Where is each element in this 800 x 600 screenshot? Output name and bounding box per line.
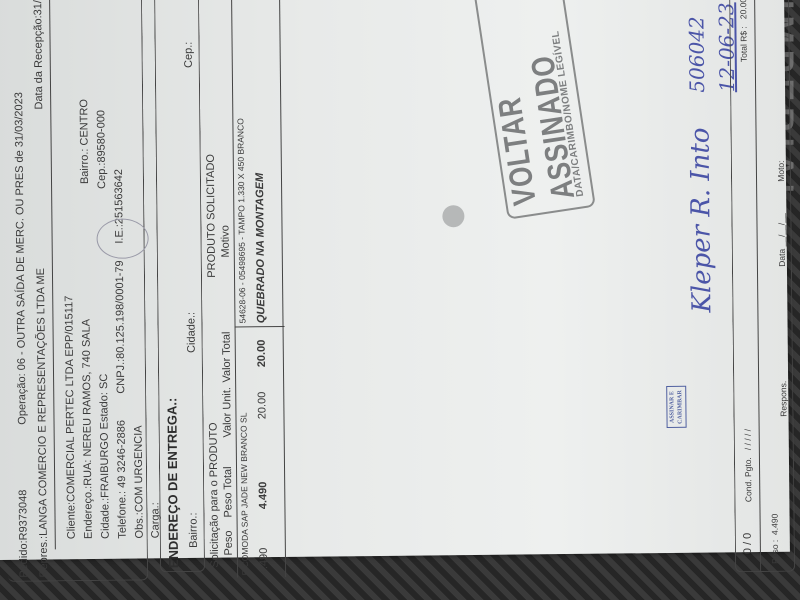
telefone: Telefone.: 49 3246-2886 — [116, 420, 129, 539]
cidade-estado: Cidade.:FRAIBURGO Estado: SC — [98, 374, 112, 539]
col-valor-unit: Valor Unit. — [221, 387, 234, 438]
cond-pgto: Cond. Pgto. / / / / / — [743, 429, 754, 502]
col-peso: Peso — [223, 530, 235, 555]
motivo: QUEBRADO NA MONTAGEM — [254, 173, 268, 323]
document-paper: Pedido:R9373048 Operação: 06 - OUTRA SAÍ… — [0, 0, 790, 560]
col-peso-total: Peso Total — [222, 466, 235, 517]
item-desc: E COMODA SAP JADE NEW BRANCO SL — [238, 413, 250, 576]
table-bottom — [279, 0, 286, 577]
respons: Respons. — [778, 381, 788, 417]
item-peso-total: 4.490 — [257, 482, 269, 510]
item-valor-total: 20.00 — [256, 340, 268, 368]
handwritten-number: 506042 — [684, 16, 709, 93]
footer-box — [729, 0, 795, 572]
col-valor-total: Valor Total — [221, 332, 234, 383]
cep: Cep.:89580-000 — [95, 110, 108, 189]
entrega-cep: Cep.: — [183, 42, 195, 68]
cliente: Cliente:COMERCIAL PERTEC LTDA EPP/015117 — [63, 296, 78, 540]
total: Total R$ : 20.00 — [738, 0, 749, 62]
stamp-main: VOLTAR ASSINADO — [476, 0, 583, 208]
solicitado-title: PRODUTO SOLICITADO — [205, 154, 218, 278]
document-content: Pedido:R9373048 Operação: 06 - OUTRA SAÍ… — [0, 0, 800, 590]
entrega-cidade: Cidade.: — [185, 312, 197, 353]
table-divider — [235, 326, 285, 328]
volumes: 0 / 0 — [742, 533, 754, 555]
voltar-assinado-stamp: VOLTAR ASSINADO DATA/CARIMBO/NOME LEGÍVE… — [473, 0, 595, 220]
data-recepcao: Data da Recepção:31/03/20 — [32, 0, 45, 110]
moto-field: Moto: — [776, 160, 786, 181]
peso: Peso : 4.490 — [770, 514, 781, 564]
item-peso: 4.490 — [258, 548, 270, 576]
handwritten-signature: Kleper R. Into — [685, 127, 717, 312]
solicitado-desc: 54628-06 - 05498695 - TAMPO 1.330 X 450 … — [235, 118, 247, 323]
solicitacao-title: Solicitação para o PRODUTO — [208, 422, 222, 567]
data-field: Data __/__/__ — [776, 213, 787, 267]
entrega-title: ENDEREÇO DE ENTREGA.: — [164, 398, 181, 569]
bairro: Bairro.: CENTRO — [78, 99, 91, 184]
assinar-carimbar-stamp: ASSINAR E CARIMBAR — [666, 386, 686, 428]
col-motivo: Motivo — [219, 225, 231, 258]
pedido-label: Pedido:R9373048 — [17, 490, 30, 578]
endereco: Endereço.:RUA: NEREU RAMOS, 740 SALA — [80, 319, 94, 539]
hole-punch-mark — [442, 205, 464, 227]
item-valor-unit: 20.00 — [256, 392, 268, 420]
cnpj: CNPJ.:80.125.198/0001-79 — [114, 260, 127, 393]
entrega-bairro: Bairro.: — [187, 512, 199, 548]
obs: Obs.:COM URGENCIA — [133, 425, 146, 538]
